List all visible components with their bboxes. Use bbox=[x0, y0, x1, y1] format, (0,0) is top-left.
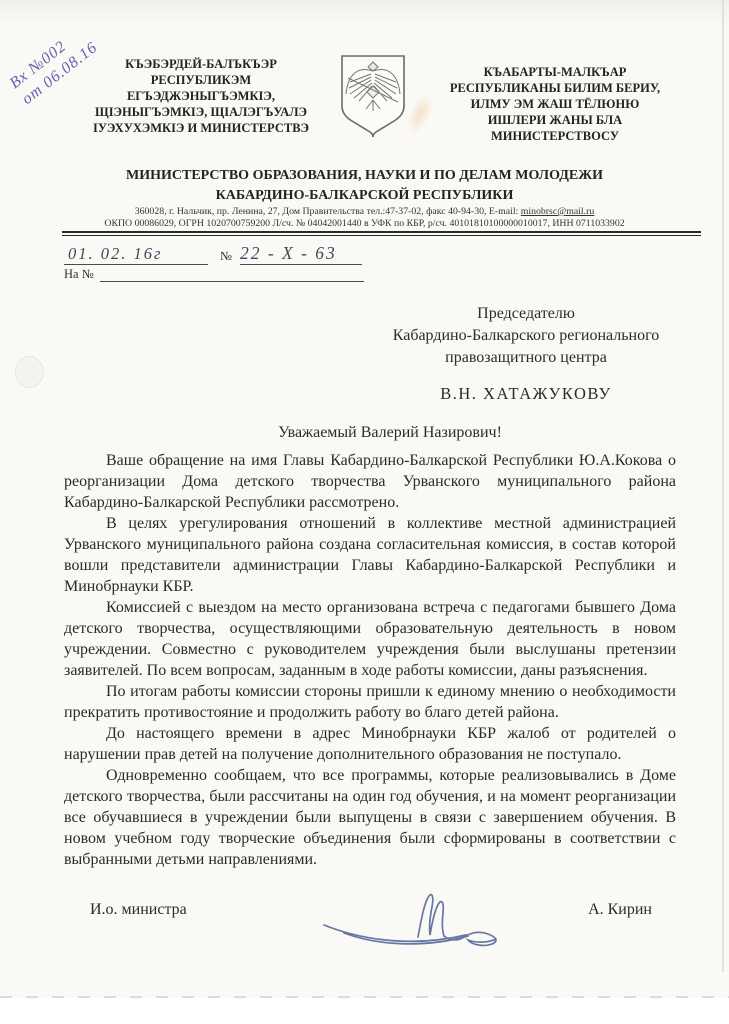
body-paragraph: Одновременно сообщаем, что все программы… bbox=[64, 765, 676, 870]
kbr-coat-of-arms-icon bbox=[334, 52, 412, 138]
address-line2: ОКПО 00086029, ОГРН 1020700759200 Л/сч. … bbox=[30, 218, 699, 230]
body-paragraph: В целях урегулирования отношений в колле… bbox=[64, 513, 676, 597]
ministry-title-line1: МИНИСТЕРСТВО ОБРАЗОВАНИЯ, НАУКИ И ПО ДЕЛ… bbox=[0, 166, 729, 186]
punch-hole-shadow bbox=[15, 356, 44, 388]
signer-name: А. Кирин bbox=[588, 901, 652, 919]
ministry-title-line2: КАБАРДИНО-БАЛКАРСКОЙ РЕСПУБЛИКИ bbox=[0, 186, 729, 206]
letterhead-right-balkar: КЪАБАРТЫ-МАЛКЪАР РЕСПУБЛИКАНЫ БИЛИМ БЕРИ… bbox=[424, 64, 686, 144]
letter-number-handwritten: 22 - Х - 63 bbox=[240, 243, 362, 265]
recipient-name: В.Н. ХАТАЖУКОВУ bbox=[350, 383, 702, 405]
recipient-line: Кабардино-Балкарского регионального bbox=[350, 325, 702, 347]
salutation: Уважаемый Валерий Назирович! bbox=[120, 424, 660, 442]
scanned-letter-page: Вх №002 от 06.08.16 КЪЭБЭРДЕЙ-БАЛЪКЪЭР Р… bbox=[0, 0, 729, 998]
letterhead-right-line: ИЛМУ ЭМ ЖАШ ТЁЛЮНЮ bbox=[424, 96, 686, 112]
scan-top-shade bbox=[0, 0, 729, 26]
ministry-title: МИНИСТЕРСТВО ОБРАЗОВАНИЯ, НАУКИ И ПО ДЕЛ… bbox=[0, 166, 729, 206]
letter-body: Ваше обращение на имя Главы Кабардино-Ба… bbox=[64, 450, 676, 870]
recipient-line: правозащитного центра bbox=[350, 347, 702, 369]
reply-to-blank-line bbox=[100, 267, 364, 282]
letterhead-left-line: РЕСПУБЛИКЭМ bbox=[68, 72, 334, 88]
ministry-email: minobrsc@mail.ru bbox=[521, 206, 595, 217]
body-paragraph: По итогам работы комиссии стороны пришли… bbox=[64, 681, 676, 723]
address-line1-text: 360028, г. Нальчик, пр. Ленина, 27, Дом … bbox=[135, 206, 521, 217]
body-paragraph: Комиссией с выездом на место организован… bbox=[64, 597, 676, 681]
letterhead-right-line: КЪАБАРТЫ-МАЛКЪАР bbox=[424, 64, 686, 80]
letter-date-handwritten: 01. 02. 16г bbox=[64, 244, 208, 265]
recipient-line: Председателю bbox=[350, 303, 702, 325]
number-sign-label: № bbox=[220, 249, 232, 264]
letterhead-divider-rule bbox=[62, 231, 701, 236]
reference-row-reply: На № bbox=[64, 267, 364, 282]
letterhead-left-line: ЕГЪЭДЖЭНЫГЪЭМКIЭ, bbox=[68, 88, 334, 104]
letterhead-right-line: МИНИСТЕРСТВОСУ bbox=[424, 128, 686, 144]
letterhead-left-line: ЩIЭНЫГЪЭМКIЭ, ЩIАЛЭГЪУАЛЭ bbox=[68, 104, 334, 120]
reference-block: 01. 02. 16г № 22 - Х - 63 На № bbox=[64, 243, 364, 282]
address-line1: 360028, г. Нальчик, пр. Ленина, 27, Дом … bbox=[30, 206, 699, 218]
scan-right-edge bbox=[722, 0, 724, 972]
letterhead-left-line: КЪЭБЭРДЕЙ-БАЛЪКЪЭР bbox=[68, 56, 334, 72]
letterhead-left-kabardian: КЪЭБЭРДЕЙ-БАЛЪКЪЭР РЕСПУБЛИКЭМ ЕГЪЭДЖЭНЫ… bbox=[68, 56, 334, 136]
body-paragraph: До настоящего времени в адрес Минобрнаук… bbox=[64, 723, 676, 765]
body-paragraph: Ваше обращение на имя Главы Кабардино-Ба… bbox=[64, 450, 676, 513]
reference-row-date-number: 01. 02. 16г № 22 - Х - 63 bbox=[64, 243, 364, 265]
letterhead-right-line: РЕСПУБЛИКАНЫ БИЛИМ БЕРИУ, bbox=[424, 80, 686, 96]
recipient-block: Председателю Кабардино-Балкарского регио… bbox=[350, 303, 702, 405]
letterhead-right-line: ИШЛЕРИ ЖАНЫ БЛА bbox=[424, 112, 686, 128]
reply-to-label: На № bbox=[64, 267, 94, 282]
handwritten-signature-icon bbox=[318, 889, 538, 961]
signer-position: И.о. министра bbox=[90, 901, 187, 919]
letterhead-left-line: IУЭХУХЭМКIЭ И МИНИСТЕРСТВЭ bbox=[68, 120, 334, 136]
ministry-address: 360028, г. Нальчик, пр. Ленина, 27, Дом … bbox=[30, 206, 699, 229]
